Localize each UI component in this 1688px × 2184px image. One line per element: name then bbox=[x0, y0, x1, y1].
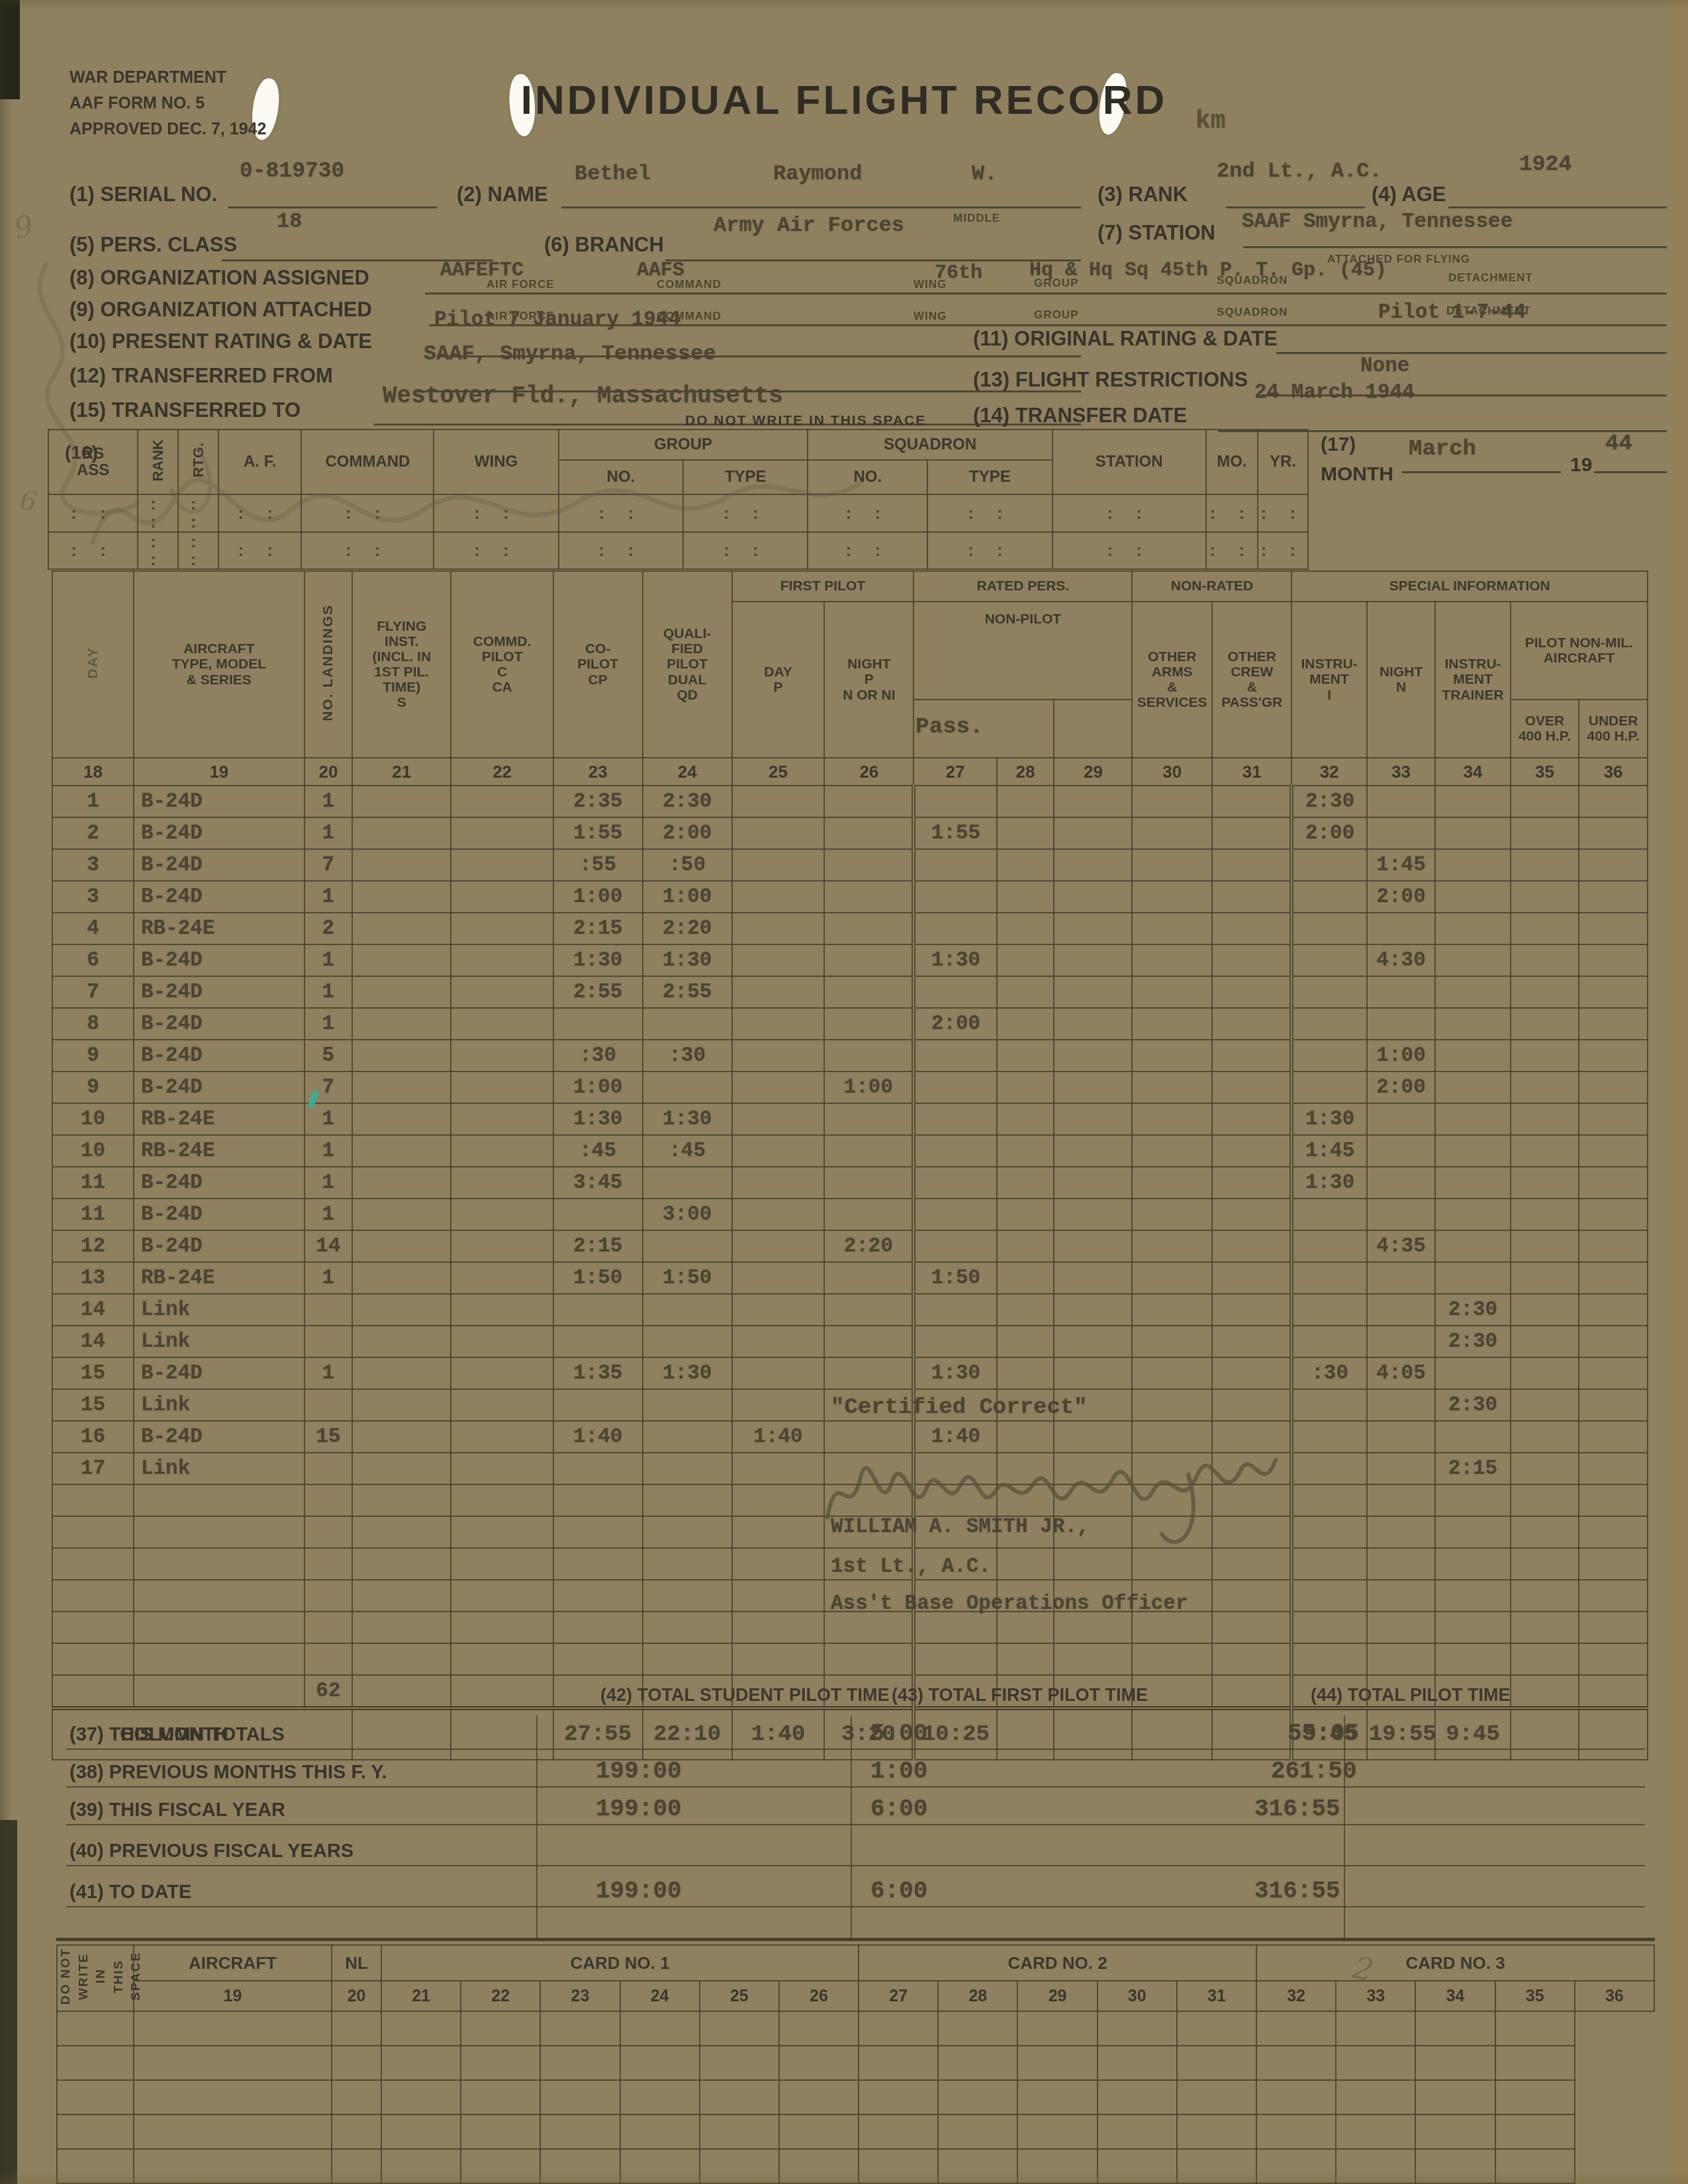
row-39-total: 316:55 bbox=[1254, 1796, 1340, 1823]
card-empty-cell bbox=[332, 2149, 381, 2183]
cell-25: 1:40 bbox=[732, 1421, 825, 1453]
col-number: 32 bbox=[1291, 758, 1366, 786]
cell-19: B-24D bbox=[134, 976, 305, 1008]
cell-34 bbox=[1435, 1548, 1510, 1580]
cell-23: 1:30 bbox=[553, 1103, 643, 1135]
row-41-label: (41) TO DATE bbox=[70, 1882, 191, 1903]
cell-34 bbox=[1435, 786, 1510, 817]
col-number: 33 bbox=[1367, 758, 1436, 786]
cell-27 bbox=[914, 913, 996, 944]
summary-row-39: (39) THIS FISCAL YEAR 199:00 6:00 316:55 bbox=[66, 1795, 1645, 1825]
card-empty-cell bbox=[332, 2080, 381, 2115]
cell-21 bbox=[352, 976, 451, 1008]
cell-23: 3:45 bbox=[553, 1167, 643, 1199]
cell-25 bbox=[732, 786, 825, 817]
cell-35 bbox=[1511, 1135, 1579, 1167]
cell-33 bbox=[1367, 1135, 1436, 1167]
cell-28 bbox=[997, 944, 1055, 976]
flight-row: 10RB-24E11:301:301:30 bbox=[52, 1103, 1648, 1135]
cell-29 bbox=[1054, 1357, 1132, 1389]
cell-23: 1:40 bbox=[553, 1421, 643, 1453]
card-empty-cell bbox=[540, 2115, 620, 2149]
flight-row: 11B-24D13:451:30 bbox=[52, 1167, 1648, 1199]
strip-leader-cell: : : bbox=[301, 494, 434, 532]
card-empty-cell bbox=[381, 2080, 461, 2115]
cell-28 bbox=[997, 976, 1055, 1008]
cell-30 bbox=[1132, 1548, 1212, 1580]
flight-row: 8B-24D12:00 bbox=[52, 1008, 1648, 1040]
present-rating-value: Pilot 7 January 1944 bbox=[434, 308, 680, 332]
cell-22 bbox=[451, 976, 553, 1008]
cell-24 bbox=[643, 1548, 732, 1580]
card-empty-cell bbox=[461, 2080, 540, 2115]
cell-25 bbox=[732, 1548, 825, 1580]
cell-30 bbox=[1132, 1357, 1212, 1389]
cell-35 bbox=[1511, 913, 1579, 944]
strip-leader-rows: : :: :: :: :: :: :: :: :: :: :: :: :: ::… bbox=[48, 494, 1308, 569]
header-over-400: OVER 400 H.P. bbox=[1511, 700, 1579, 758]
header-day-label: DAY bbox=[85, 647, 101, 678]
cell-34: 2:30 bbox=[1435, 1294, 1510, 1326]
cell-29 bbox=[1054, 849, 1132, 881]
cell-24: 3:00 bbox=[643, 1199, 732, 1230]
header-day-p: DAY P bbox=[732, 602, 825, 758]
card-col-number: 25 bbox=[700, 1981, 779, 2011]
cell-34 bbox=[1435, 1484, 1510, 1516]
cell-31 bbox=[1212, 976, 1292, 1008]
cell-23: 1:35 bbox=[553, 1357, 643, 1389]
row-37-label: (37) THIS MONTH bbox=[70, 1724, 228, 1746]
non-pilot-sub-blank bbox=[1054, 700, 1132, 758]
cell-21 bbox=[352, 1230, 451, 1262]
cell-31 bbox=[1212, 1548, 1292, 1580]
cell-24 bbox=[643, 1294, 732, 1326]
cell-30 bbox=[1132, 1135, 1212, 1167]
cell-28 bbox=[997, 1167, 1055, 1199]
header-landings-label: NO. LANDINGS bbox=[320, 604, 336, 721]
cell-32: :30 bbox=[1291, 1357, 1366, 1389]
cell-25 bbox=[732, 913, 825, 944]
cell-29 bbox=[1054, 976, 1132, 1008]
cell-20 bbox=[305, 1484, 352, 1516]
cell-22 bbox=[451, 1071, 553, 1103]
cell-27 bbox=[914, 1167, 996, 1199]
cell-22 bbox=[451, 1103, 553, 1135]
cell-25 bbox=[732, 1389, 825, 1421]
cell-28 bbox=[997, 881, 1055, 913]
pers-class-value: 18 bbox=[277, 209, 302, 234]
cell-32 bbox=[1291, 913, 1366, 944]
cell-31 bbox=[1212, 1612, 1292, 1643]
cell-28 bbox=[997, 1103, 1055, 1135]
cell-32 bbox=[1291, 1421, 1366, 1453]
cell-18: 9 bbox=[52, 1071, 134, 1103]
cell-30 bbox=[1132, 1326, 1212, 1357]
cell-31 bbox=[1212, 1326, 1292, 1357]
cell-30 bbox=[1132, 1040, 1212, 1071]
column-number-row: 18192021222324252627282930313233343536 bbox=[52, 758, 1648, 786]
cell-27 bbox=[914, 849, 996, 881]
cell-20 bbox=[305, 1548, 352, 1580]
cell-27: 1:30 bbox=[914, 1357, 996, 1389]
name-middle: W. bbox=[972, 161, 997, 186]
cell-22 bbox=[451, 1167, 553, 1199]
cell-26 bbox=[824, 786, 914, 817]
cell-25 bbox=[732, 1167, 825, 1199]
cell-36 bbox=[1579, 1008, 1648, 1040]
cell-19 bbox=[134, 1548, 305, 1580]
cell-29 bbox=[1054, 1167, 1132, 1199]
cell-18: 7 bbox=[52, 976, 134, 1008]
flight-row: 6B-24D11:301:301:304:30 bbox=[52, 944, 1648, 976]
card-empty-cell bbox=[859, 2115, 938, 2149]
col-number: 36 bbox=[1579, 758, 1648, 786]
cell-22 bbox=[451, 944, 553, 976]
header-first-pilot: FIRST PILOT bbox=[732, 571, 914, 602]
card-col-number: 23 bbox=[540, 1981, 620, 2011]
certification-block: "Certified Correct" WILLIAM A. SMITH JR.… bbox=[831, 1395, 1334, 1420]
cell-36 bbox=[1579, 1103, 1648, 1135]
card-empty-cell bbox=[779, 2011, 859, 2046]
flight-restrictions-value: None bbox=[1360, 355, 1409, 378]
header-non-rated: NON-RATED bbox=[1132, 571, 1291, 602]
cell-34 bbox=[1435, 1357, 1510, 1389]
card-empty-cell bbox=[1177, 2046, 1256, 2080]
cell-25 bbox=[732, 976, 825, 1008]
cell-33: 1:00 bbox=[1367, 1040, 1436, 1071]
cell-21 bbox=[352, 1484, 451, 1516]
cell-33: 4:30 bbox=[1367, 944, 1436, 976]
cell-31 bbox=[1212, 1357, 1292, 1389]
cell-36 bbox=[1579, 1389, 1648, 1421]
cell-34 bbox=[1435, 849, 1510, 881]
card-empty-cell bbox=[1098, 2011, 1177, 2046]
card-empty-cell bbox=[540, 2149, 620, 2183]
cell-20: 1 bbox=[305, 1167, 352, 1199]
card-empty-cell bbox=[1098, 2046, 1177, 2080]
summary-row-41: (41) TO DATE 199:00 6:00 316:55 bbox=[66, 1877, 1645, 1907]
cell-34 bbox=[1435, 817, 1510, 849]
cell-24: 2:20 bbox=[643, 913, 732, 944]
cell-19: B-24D bbox=[134, 1071, 305, 1103]
cell-21 bbox=[352, 786, 451, 817]
cell-30 bbox=[1132, 1167, 1212, 1199]
cell-35 bbox=[1511, 1389, 1579, 1421]
strip-leader-cell: : : bbox=[218, 532, 302, 570]
cell-26 bbox=[824, 1199, 914, 1230]
cell-34: 2:15 bbox=[1435, 1453, 1510, 1484]
cell-18: 9 bbox=[52, 1040, 134, 1071]
cell-19: B-24D bbox=[134, 849, 305, 881]
cell-22 bbox=[451, 1008, 553, 1040]
cell-24: 1:30 bbox=[643, 1357, 732, 1389]
cell-24 bbox=[643, 1516, 732, 1548]
card-empty-cell bbox=[779, 2080, 859, 2115]
row-38-total: 261:50 bbox=[1271, 1758, 1357, 1785]
cell-33: 2:00 bbox=[1367, 1071, 1436, 1103]
strip-leader-cell: : : bbox=[1258, 494, 1308, 532]
card-empty-cell bbox=[57, 2149, 134, 2183]
total-student-header: (42) TOTAL STUDENT PILOT TIME bbox=[600, 1685, 890, 1706]
cell-18: 8 bbox=[52, 1008, 134, 1040]
cell-27 bbox=[914, 1612, 996, 1643]
cell-27 bbox=[914, 786, 996, 817]
transfer-date-value: 24 March 1944 bbox=[1254, 381, 1415, 404]
detachment-sublabel: DETACHMENT bbox=[1448, 271, 1533, 285]
col-number: 27 bbox=[914, 758, 996, 786]
cell-20 bbox=[305, 1294, 352, 1326]
cell-35 bbox=[1511, 786, 1579, 817]
card-number-row: 192021222324252627282930313233343536 bbox=[57, 1981, 1654, 2011]
present-rating-label: (10) PRESENT RATING & DATE bbox=[70, 330, 372, 353]
cell-27: 2:00 bbox=[914, 1008, 996, 1040]
cell-18 bbox=[52, 1612, 134, 1643]
cell-33 bbox=[1367, 786, 1436, 817]
card-empty-cell bbox=[461, 2149, 540, 2183]
card-empty-cell bbox=[700, 2115, 779, 2149]
cell-20: 1 bbox=[305, 976, 352, 1008]
card-empty-cell bbox=[540, 2011, 620, 2046]
cell-28 bbox=[997, 786, 1055, 817]
cell-24: :50 bbox=[643, 849, 732, 881]
cell-20 bbox=[305, 1612, 352, 1643]
cell-28 bbox=[997, 1357, 1055, 1389]
cell-24 bbox=[643, 1071, 732, 1103]
cell-22 bbox=[451, 1421, 553, 1453]
cell-23 bbox=[553, 1008, 643, 1040]
cell-25 bbox=[732, 1453, 825, 1484]
col-rtg-label: RTG. bbox=[191, 443, 206, 478]
card-col-number: 20 bbox=[332, 1981, 381, 2011]
card-col-number: 21 bbox=[381, 1981, 461, 2011]
cell-24 bbox=[643, 1167, 732, 1199]
cell-24 bbox=[643, 1389, 732, 1421]
cell-25 bbox=[732, 1040, 825, 1071]
cell-29 bbox=[1054, 786, 1132, 817]
cell-34 bbox=[1435, 913, 1510, 944]
cell-19: Link bbox=[134, 1389, 305, 1421]
cell-21 bbox=[352, 881, 451, 913]
cell-29 bbox=[1054, 1612, 1132, 1643]
cell-25 bbox=[732, 849, 825, 881]
cell-31 bbox=[1212, 1580, 1292, 1612]
page-title: INDIVIDUAL FLIGHT RECORD bbox=[0, 77, 1688, 124]
cell-20: 2 bbox=[305, 913, 352, 944]
cell-21 bbox=[352, 1008, 451, 1040]
cell-33 bbox=[1367, 1389, 1436, 1421]
cell-20 bbox=[305, 1326, 352, 1357]
col-number: 18 bbox=[52, 758, 134, 786]
card-empty-cell bbox=[1495, 2011, 1575, 2046]
card-col-number: 22 bbox=[461, 1981, 540, 2011]
cell-20: 14 bbox=[305, 1230, 352, 1262]
transferred-to-value: Westover Fld., Massachusetts bbox=[383, 383, 783, 410]
row-41-total: 316:55 bbox=[1254, 1878, 1340, 1905]
card-empty-cell bbox=[1415, 2011, 1495, 2046]
cell-23 bbox=[553, 1326, 643, 1357]
card-empty-cell bbox=[1495, 2149, 1575, 2183]
cell-36 bbox=[1579, 1294, 1648, 1326]
cell-35 bbox=[1511, 1040, 1579, 1071]
cell-26 bbox=[824, 1294, 914, 1326]
cell-33 bbox=[1367, 1548, 1436, 1580]
cell-21 bbox=[352, 1135, 451, 1167]
cell-19: B-24D bbox=[134, 881, 305, 913]
cell-23: 1:55 bbox=[553, 817, 643, 849]
card-empty-cell bbox=[620, 2046, 700, 2080]
cell-31 bbox=[1212, 1135, 1292, 1167]
cell-24 bbox=[643, 1484, 732, 1516]
card-col-number: 26 bbox=[779, 1981, 859, 2011]
cell-20: 7 bbox=[305, 849, 352, 881]
card-empty-cell bbox=[700, 2149, 779, 2183]
cell-26 bbox=[824, 1262, 914, 1294]
cell-20 bbox=[305, 1453, 352, 1484]
cell-22 bbox=[451, 1199, 553, 1230]
cell-35 bbox=[1511, 1484, 1579, 1516]
col-number: 23 bbox=[553, 758, 643, 786]
cell-19: Link bbox=[134, 1326, 305, 1357]
card-col-number: 30 bbox=[1098, 1981, 1177, 2011]
cell-24 bbox=[643, 1326, 732, 1357]
cell-18: 11 bbox=[52, 1199, 134, 1230]
do-not-write-card: DO NOT WRITE IN THIS SPACE bbox=[57, 1945, 134, 2011]
original-rating-value: Pilot 1-7-44 bbox=[1378, 301, 1526, 324]
strip-leader-row: : :: :: :: :: :: :: :: :: :: :: :: :: : bbox=[48, 532, 1308, 570]
cell-19 bbox=[134, 1612, 305, 1643]
cell-36 bbox=[1579, 1580, 1648, 1612]
squadron-sublabel: SQUADRON bbox=[1217, 274, 1288, 287]
cell-18: 17 bbox=[52, 1453, 134, 1484]
cell-29 bbox=[1054, 1103, 1132, 1135]
col-yr: YR. bbox=[1258, 430, 1308, 494]
card-empty-cell bbox=[779, 2046, 859, 2080]
cell-34 bbox=[1435, 1230, 1510, 1262]
cell-36 bbox=[1579, 1484, 1648, 1516]
cell-29 bbox=[1054, 1230, 1132, 1262]
header-landings: NO. LANDINGS bbox=[305, 571, 352, 758]
cell-30 bbox=[1132, 1008, 1212, 1040]
cell-19: B-24D bbox=[134, 1167, 305, 1199]
cell-29 bbox=[1054, 1294, 1132, 1326]
cell-22 bbox=[451, 913, 553, 944]
squadron-no: NO. bbox=[808, 460, 927, 494]
cell-33 bbox=[1367, 1484, 1436, 1516]
month-value: March bbox=[1409, 437, 1476, 462]
cell-27 bbox=[914, 1040, 996, 1071]
card-empty-cell bbox=[1495, 2080, 1575, 2115]
col-af: A. F. bbox=[218, 430, 302, 494]
card-empty-cell bbox=[1415, 2149, 1495, 2183]
pass-entry: Pass. bbox=[915, 715, 983, 740]
do-not-write-strip: DO NOT WRITE IN THIS SPACE bbox=[685, 413, 926, 429]
col-number: 20 bbox=[305, 758, 352, 786]
cell-33 bbox=[1367, 1326, 1436, 1357]
cell-22 bbox=[451, 1516, 553, 1548]
rank-label: (3) RANK bbox=[1098, 183, 1188, 206]
cell-26 bbox=[824, 1357, 914, 1389]
cell-30 bbox=[1132, 1612, 1212, 1643]
card-empty-cell bbox=[332, 2011, 381, 2046]
card-empty-cell bbox=[1177, 2011, 1256, 2046]
strip-leader-cell: : : bbox=[301, 532, 434, 570]
original-rating-label: (11) ORIGINAL RATING & DATE bbox=[973, 327, 1278, 351]
col-group: GROUP bbox=[559, 430, 808, 460]
card-col-number: 35 bbox=[1495, 1981, 1575, 2011]
card-empty-cell bbox=[779, 2149, 859, 2183]
cell-21 bbox=[352, 1040, 451, 1071]
km-stamp: km bbox=[1196, 107, 1226, 136]
cell-25 bbox=[732, 1326, 825, 1357]
cell-24: 1:30 bbox=[643, 1103, 732, 1135]
cell-31 bbox=[1212, 1008, 1292, 1040]
card-empty-cell bbox=[1415, 2046, 1495, 2080]
cell-19: RB-24E bbox=[134, 913, 305, 944]
cell-26 bbox=[824, 1135, 914, 1167]
cell-23 bbox=[553, 1548, 643, 1580]
card-empty-row bbox=[57, 2080, 1654, 2115]
cell-23: 2:15 bbox=[553, 913, 643, 944]
card-empty-cell bbox=[1256, 2046, 1336, 2080]
cell-32: 1:45 bbox=[1291, 1135, 1366, 1167]
header-rated-pers: RATED PERS. bbox=[914, 571, 1132, 602]
cell-32 bbox=[1291, 1294, 1366, 1326]
cell-33 bbox=[1367, 1199, 1436, 1230]
card-empty-cell bbox=[1256, 2115, 1336, 2149]
card-empty-cell bbox=[1017, 2080, 1097, 2115]
cell-24: 2:55 bbox=[643, 976, 732, 1008]
card-empty-cell bbox=[620, 2149, 700, 2183]
card-empty-cell bbox=[700, 2011, 779, 2046]
card-empty-cell bbox=[1256, 2080, 1336, 2115]
cell-32 bbox=[1291, 1008, 1366, 1040]
header-day: DAY bbox=[52, 571, 134, 758]
cell-22 bbox=[451, 1389, 553, 1421]
cell-29 bbox=[1054, 1135, 1132, 1167]
cell-32 bbox=[1291, 1040, 1366, 1071]
card-empty-cell bbox=[1336, 2046, 1415, 2080]
strip-leader-row: : :: :: :: :: :: :: :: :: :: :: :: :: : bbox=[48, 494, 1308, 532]
cell-21 bbox=[352, 944, 451, 976]
cell-29 bbox=[1054, 913, 1132, 944]
summary-row-37: (37) THIS MONTH 5:00 55:05 bbox=[66, 1719, 1645, 1750]
cell-33: 2:00 bbox=[1367, 881, 1436, 913]
name-first: Raymond bbox=[773, 161, 862, 186]
card-empty-cell bbox=[620, 2115, 700, 2149]
cell-22 bbox=[451, 1484, 553, 1516]
certifier-name: WILLIAM A. SMITH JR., bbox=[831, 1516, 1090, 1539]
total-pilot-header: (44) TOTAL PILOT TIME bbox=[1311, 1685, 1511, 1706]
row-39-label: (39) THIS FISCAL YEAR bbox=[70, 1799, 285, 1821]
cell-25 bbox=[732, 944, 825, 976]
cell-34 bbox=[1435, 1008, 1510, 1040]
assignment-strip-table: RS ASS RANK RTG. A. F. COMMAND WING GROU… bbox=[48, 429, 1309, 570]
card-empty-cell bbox=[700, 2080, 779, 2115]
card-col-number: 36 bbox=[1575, 1981, 1654, 2011]
certifier-rank: 1st Lt., A.C. bbox=[831, 1555, 991, 1578]
col-number: 35 bbox=[1511, 758, 1579, 786]
col-number: 31 bbox=[1212, 758, 1292, 786]
card-empty-cell bbox=[381, 2115, 461, 2149]
cell-31 bbox=[1212, 1294, 1292, 1326]
strip-leader-cell: : : bbox=[1053, 494, 1206, 532]
cell-19: B-24D bbox=[134, 1357, 305, 1389]
card-empty-cell bbox=[381, 2011, 461, 2046]
cell-27 bbox=[914, 1071, 996, 1103]
cell-29 bbox=[1054, 881, 1132, 913]
cell-20: 15 bbox=[305, 1421, 352, 1453]
cell-34 bbox=[1435, 1421, 1510, 1453]
